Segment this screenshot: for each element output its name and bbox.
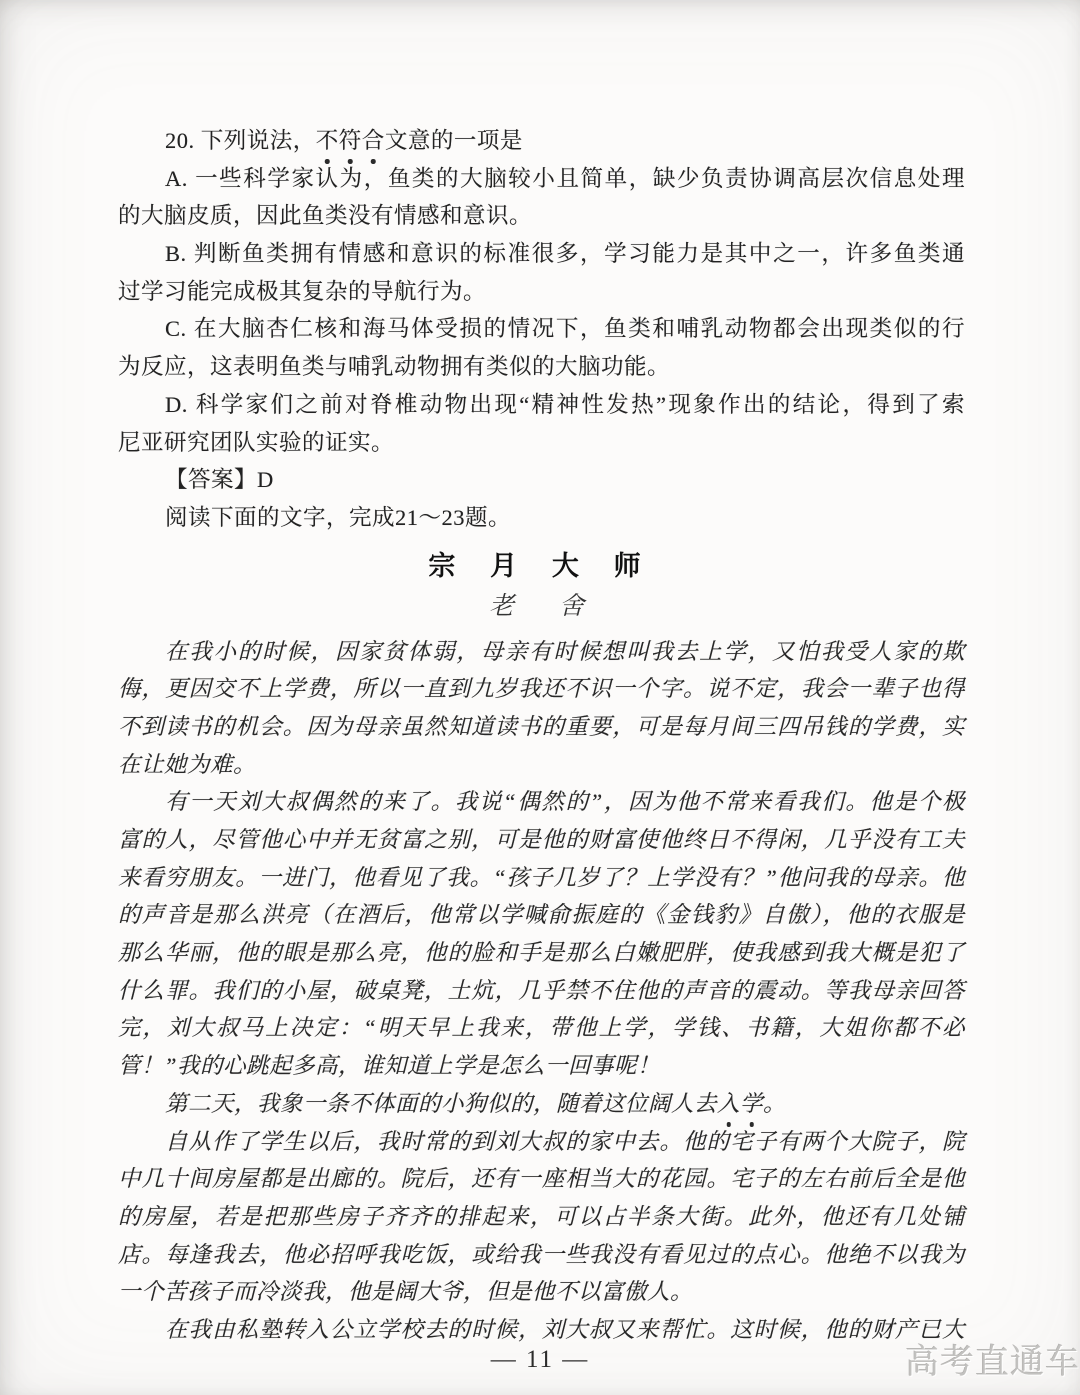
text-segment: 为反应，这表明鱼类与哺乳动物拥有类似的大脑功能。 <box>118 354 670 379</box>
passage-line: 在我小的时候，因家贫体弱，母亲有时候想叫我去上学，又怕我受人家的欺 <box>118 633 965 671</box>
text-segment: 一个苦孩子而冷淡我，他是阔大爷，但是他不以富傲人。 <box>118 1279 693 1304</box>
text-segment: 【答案】D <box>165 467 274 492</box>
question-line: 尼亚研究团队实验的证实。 <box>118 424 965 462</box>
passage-line: 第二天，我象一条不体面的小狗似的，随着这位阔人去入学。 <box>118 1085 965 1123</box>
passage-line: 不到读书的机会。因为母亲虽然知道读书的重要，可是每月间三四吊钱的学费，实 <box>118 708 965 746</box>
passage-line: 管！”我的心跳起多高，谁知道上学是怎么一回事呢！ <box>118 1047 965 1085</box>
passage-title: 宗 月 大 师 <box>118 545 965 587</box>
question-line: 【答案】D <box>118 461 965 499</box>
text-segment: 过学习能完成极其复杂的导航行为。 <box>118 279 486 304</box>
text-segment: D. 科学家们之前对脊椎动物出现“精神性发热”现象作出的结论，得到了索 <box>165 392 965 417</box>
passage-author: 老 舍 <box>118 587 965 627</box>
passage-line: 什么罪。我们的小屋，破桌凳，土炕，几乎禁不住他的声音的震动。等我母亲回答 <box>118 972 965 1010</box>
passage-line: 来看穷朋友。一进门，他看见了我。“孩子几岁了？上学没有？”他问我的母亲。他 <box>118 859 965 897</box>
text-segment: 在我小的时候，因家贫体弱，母亲有时候想叫我去上学，又怕我受人家的欺 <box>165 639 965 664</box>
passage-line: 有一天刘大叔偶然的来了。我说“偶然的”，因为他不常来看我们。他是个极 <box>118 783 965 821</box>
text-segment: 自从作了学生以后，我时常的到刘大叔的家中去。他的宅子有两个大院子，院 <box>165 1129 965 1154</box>
text-segment: 什么罪。我们的小屋，破桌凳，土炕，几乎禁不住他的声音的震动。等我母亲回答 <box>118 978 965 1003</box>
text-segment: 第二天，我象一条不体面的小狗似的，随着这位阔人去 <box>165 1091 717 1116</box>
passage-line: 中几十间房屋都是出廊的。院后，还有一座相当大的花园。宅子的左右前后全是他 <box>118 1160 965 1198</box>
question-line: A. 一些科学家认为，鱼类的大脑较小且简单，缺少负责协调高层次信息处理 <box>118 160 965 198</box>
passage-line: 完，刘大叔马上决定：“明天早上我来，带他上学，学钱、书籍，大姐你都不必 <box>118 1009 965 1047</box>
question-line: B. 判断鱼类拥有情感和意识的标准很多，学习能力是其中之一，许多鱼类通 <box>118 235 965 273</box>
text-segment: C. 在大脑杏仁核和海马体受损的情况下，鱼类和哺乳动物都会出现类似的行 <box>165 316 965 341</box>
question-line: 为反应，这表明鱼类与哺乳动物拥有类似的大脑功能。 <box>118 348 965 386</box>
text-segment: 20. 下列说法， <box>165 128 316 153</box>
text-segment: 完，刘大叔马上决定：“明天早上我来，带他上学，学钱、书籍，大姐你都不必 <box>118 1015 965 1040</box>
passage-line: 店。每逢我去，他必招呼我吃饭，或给我一些我没有看见过的点心。他绝不以我为 <box>118 1236 965 1274</box>
text-segment: 富的人，尽管他心中并无贫富之别，可是他的财富使他终日不得闲，几乎没有工夫 <box>118 827 965 852</box>
passage-line: 的声音是那么洪亮（在酒后，他常以学喊俞振庭的《金钱豹》自傲），他的衣服是 <box>118 896 965 934</box>
text-segment: 有一天刘大叔偶然的来了。我说“偶然的”，因为他不常来看我们。他是个极 <box>165 789 965 814</box>
watermark: 高考直通车 <box>905 1334 1080 1383</box>
question-line: 阅读下面的文字，完成21～23题。 <box>118 499 965 537</box>
emphasis-char: 合 <box>362 122 385 160</box>
text-segment: 在让她为难。 <box>118 752 256 777</box>
text-segment: 在我由私塾转入公立学校去的时候，刘大叔又来帮忙。这时候，他的财产已大 <box>165 1317 965 1342</box>
text-segment: 店。每逢我去，他必招呼我吃饭，或给我一些我没有看见过的点心。他绝不以我为 <box>118 1242 965 1267</box>
text-segment: 来看穷朋友。一进门，他看见了我。“孩子几岁了？上学没有？”他问我的母亲。他 <box>118 865 965 890</box>
text-segment: 不到读书的机会。因为母亲虽然知道读书的重要，可是每月间三四吊钱的学费，实 <box>118 714 965 739</box>
page-content: 20. 下列说法，不符合文意的一项是A. 一些科学家认为，鱼类的大脑较小且简单，… <box>118 122 965 1349</box>
question-block: 20. 下列说法，不符合文意的一项是A. 一些科学家认为，鱼类的大脑较小且简单，… <box>118 122 965 537</box>
question-line: 的大脑皮质，因此鱼类没有情感和意识。 <box>118 197 965 235</box>
text-segment: 的大脑皮质，因此鱼类没有情感和意识。 <box>118 203 532 228</box>
passage-line: 富的人，尽管他心中并无贫富之别，可是他的财富使他终日不得闲，几乎没有工夫 <box>118 821 965 859</box>
exam-page: 20. 下列说法，不符合文意的一项是A. 一些科学家认为，鱼类的大脑较小且简单，… <box>0 0 1080 1395</box>
text-segment: 尼亚研究团队实验的证实。 <box>118 430 394 455</box>
emphasis-char: 学 <box>740 1085 763 1123</box>
passage-line: 那么华丽，他的眼是那么亮，他的脸和手是那么白嫩肥胖，使我感到我大概是犯了 <box>118 934 965 972</box>
text-segment: B. 判断鱼类拥有情感和意识的标准很多，学习能力是其中之一，许多鱼类通 <box>165 241 965 266</box>
emphasis-char: 入 <box>717 1085 740 1123</box>
passage-line: 侮，更因交不上学费，所以一直到九岁我还不识一个字。说不定，我会一辈子也得 <box>118 670 965 708</box>
text-segment: 文意的一项是 <box>385 128 523 153</box>
question-line: D. 科学家们之前对脊椎动物出现“精神性发热”现象作出的结论，得到了索 <box>118 386 965 424</box>
emphasis-char: 符 <box>339 122 362 160</box>
text-segment: 那么华丽，他的眼是那么亮，他的脸和手是那么白嫩肥胖，使我感到我大概是犯了 <box>118 940 965 965</box>
passage-line: 在让她为难。 <box>118 746 965 784</box>
passage-block: 在我小的时候，因家贫体弱，母亲有时候想叫我去上学，又怕我受人家的欺侮，更因交不上… <box>118 633 965 1349</box>
passage-line: 一个苦孩子而冷淡我，他是阔大爷，但是他不以富傲人。 <box>118 1273 965 1311</box>
text-segment: 的声音是那么洪亮（在酒后，他常以学喊俞振庭的《金钱豹》自傲），他的衣服是 <box>118 902 965 927</box>
text-segment: 阅读下面的文字，完成21～23题。 <box>165 505 511 530</box>
passage-line: 自从作了学生以后，我时常的到刘大叔的家中去。他的宅子有两个大院子，院 <box>118 1123 965 1161</box>
text-segment: 管！”我的心跳起多高，谁知道上学是怎么一回事呢！ <box>118 1053 660 1078</box>
emphasis-char: 不 <box>316 122 339 160</box>
passage-line: 在我由私塾转入公立学校去的时候，刘大叔又来帮忙。这时候，他的财产已大 <box>118 1311 965 1349</box>
question-line: 20. 下列说法，不符合文意的一项是 <box>118 122 965 160</box>
text-segment: A. 一些科学家认为，鱼类的大脑较小且简单，缺少负责协调高层次信息处理 <box>165 166 965 191</box>
passage-line: 的房屋，若是把那些房子齐齐的排起来，可以占半条大街。此外，他还有几处铺 <box>118 1198 965 1236</box>
text-segment: 侮，更因交不上学费，所以一直到九岁我还不识一个字。说不定，我会一辈子也得 <box>118 676 965 701</box>
question-line: C. 在大脑杏仁核和海马体受损的情况下，鱼类和哺乳动物都会出现类似的行 <box>118 310 965 348</box>
text-segment: 的房屋，若是把那些房子齐齐的排起来，可以占半条大街。此外，他还有几处铺 <box>118 1204 965 1229</box>
text-segment: 中几十间房屋都是出廊的。院后，还有一座相当大的花园。宅子的左右前后全是他 <box>118 1166 965 1191</box>
question-line: 过学习能完成极其复杂的导航行为。 <box>118 273 965 311</box>
text-segment: 。 <box>763 1091 786 1116</box>
